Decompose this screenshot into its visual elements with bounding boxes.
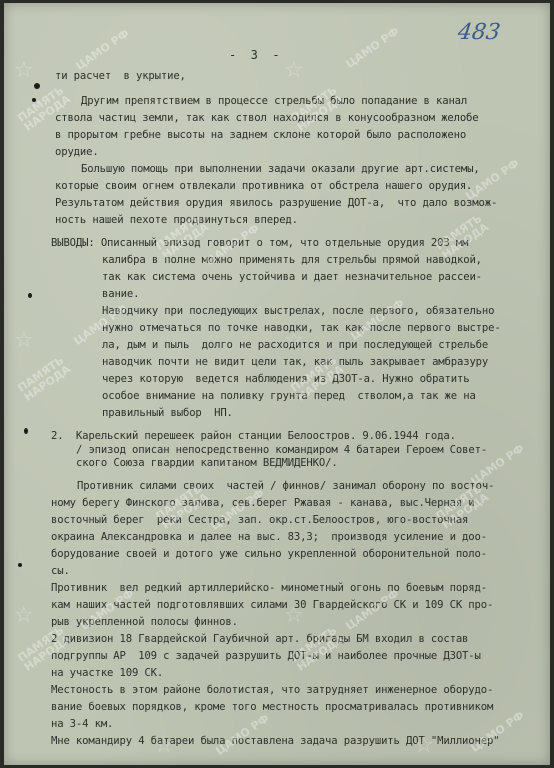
watermark-memory: ПАМЯТЬ НАРОДА [16,624,72,673]
text-line: борудование своей и дотого уже сильно ук… [51,548,487,561]
text-line: вание боевых порядков, кроме того местно… [51,701,493,714]
binding-hole [32,98,36,102]
star-icon: ☆ [284,58,304,83]
text-line: через которую ведется наблюдения из ДЗОТ… [102,373,469,386]
text-line: 2 дивизион 18 Гвардейской Гаубичной арт.… [51,633,468,646]
text-line: восточный берег реки Сестра, зап. окр.ст… [51,514,468,527]
star-icon: ☆ [14,603,34,628]
text-line: рыв укрепленной полосы финнов. [51,616,238,629]
binding-hole [34,83,40,89]
text-line: Мне командиру 4 батареи была поставлена … [51,735,499,748]
text-line: особое внимание на поливку грунта перед … [102,390,476,403]
text-line: сы. [51,565,70,578]
text-line: Другим препятствием в процессе стрельбы … [81,95,467,108]
binding-hole [28,293,32,298]
text-line: так как система очень устойчива и дает н… [102,271,482,284]
text-line: ному берегу Финского залива, сев.берег Р… [51,497,475,510]
text-line: наводчик почти не видит цели так, как пы… [102,356,488,369]
text-line: Наводчику при последующих выстрелах, пос… [102,305,494,318]
text-line: которые своим огнем отвлекали противника… [55,180,472,193]
handwritten-folio-number: 483 [456,20,502,45]
text-line: кам наших частей подготовлявших силами 3… [51,599,493,612]
text-line: Большую помощь при выполнении задачи ока… [81,163,480,176]
text-line: на участке 109 СК. [51,667,163,680]
text-line: в прорытом гребне высоты на заднем склон… [55,129,466,142]
section-2-heading: 2. Карельский перешеек район станции Бел… [51,430,456,443]
star-icon: ☆ [14,58,34,83]
star-icon: ☆ [14,328,34,353]
text-line: окраина Александровка и далее на выс. 83… [51,531,487,544]
text-line: / эпизод описан непосредственно командир… [76,444,487,457]
text-line: калибра в полне можно применять для стре… [102,254,482,267]
text-line: ского Союза гвардии капитаном ВЕДМИДЕНКО… [76,457,338,470]
text-line: ла, дым и пыль долго не расходится и при… [102,339,488,352]
text-line: Местоность в этом районе болотистая, что… [51,684,493,697]
text-line: правильный выбор НП. [102,407,233,420]
watermark-archive: ЦАМО РФ [344,26,401,70]
text-line: ти расчет в укрытие, [55,70,186,83]
watermark-memory: ПАМЯТЬ НАРОДА [289,624,345,673]
binding-hole [24,428,28,434]
text-line: на 3-4 км. [51,718,113,731]
text-line: ность нашей пехоте продвинуться вперед. [55,214,298,227]
text-line: Противник вел редкий артиллерийско- мино… [51,582,487,595]
text-line: Противник силами своих частей / финнов/ … [77,480,494,493]
text-line: подгруппы АР 109 с задачей разрушить ДОТ… [51,650,481,663]
text-line: Результатом действия орудия явилось разр… [55,197,497,210]
text-line: нужно отмечаться по точке наводки, так к… [102,322,501,335]
watermark-memory: ПАМЯТЬ НАРОДА [16,84,72,133]
watermark-archive: ЦАМО РФ [74,28,131,72]
text-line: ствола частиц земли, так как ствол наход… [55,112,479,125]
text-line: орудие. [55,146,99,159]
text-line: вание. [102,288,139,301]
binding-hole [18,563,22,567]
page-number: - 3 - [229,48,280,62]
watermark-memory: ПАМЯТЬ НАРОДА [16,354,72,403]
document-page: - 3 - 483 ти расчет в укрытие, Другим пр… [4,3,550,765]
conclusions-line: ВЫВОДЫ: Описанный эпизод говорит о том, … [51,237,468,250]
watermark-memory: ПАМЯТЬ НАРОДА [289,84,345,133]
